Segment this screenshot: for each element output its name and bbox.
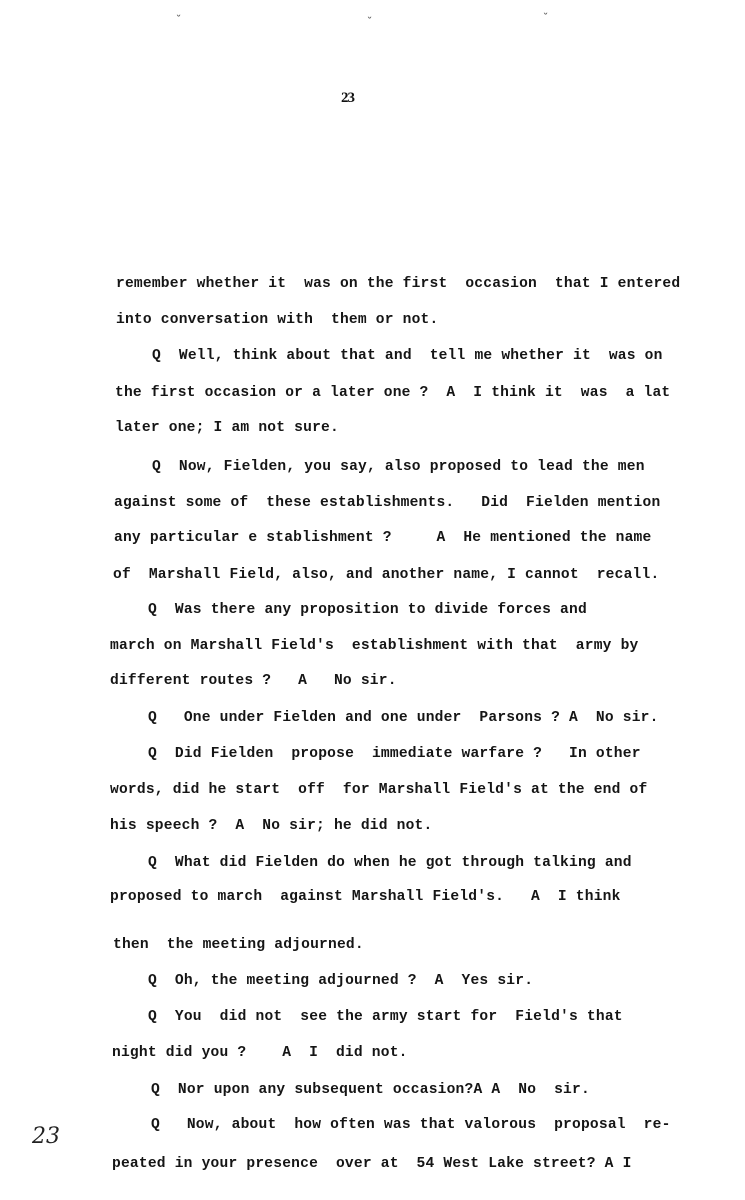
transcript-line: Q Well, think about that and tell me whe…: [152, 348, 663, 364]
transcript-line: against some of these establishments. Di…: [114, 495, 660, 511]
transcript-line: different routes ? A No sir.: [110, 673, 397, 689]
transcript-line: night did you ? A I did not.: [112, 1045, 408, 1061]
transcript-line: Q Nor upon any subsequent occasion?A A N…: [151, 1082, 590, 1098]
transcript-line: Q Was there any proposition to divide fo…: [148, 602, 587, 618]
transcript-line: Q Now, about how often was that valorous…: [151, 1117, 671, 1133]
scan-artifact: ˬ: [366, 6, 373, 20]
transcript-line: any particular e stablishment ? A He men…: [114, 530, 651, 546]
transcript-line: proposed to march against Marshall Field…: [110, 889, 621, 905]
handwritten-margin-note: 23: [32, 1124, 60, 1149]
transcript-line: Q Now, Fielden, you say, also proposed t…: [152, 459, 645, 475]
document-page: ˬ ˬ ˬ 23 remember whether it was on the …: [0, 0, 745, 1200]
transcript-line: his speech ? A No sir; he did not.: [110, 818, 432, 834]
scan-artifact: ˬ: [542, 2, 549, 16]
transcript-line: Q Oh, the meeting adjourned ? A Yes sir.: [148, 973, 533, 989]
transcript-line: peated in your presence over at 54 West …: [112, 1156, 632, 1172]
transcript-line: then the meeting adjourned.: [113, 937, 364, 953]
transcript-line: remember whether it was on the first occ…: [116, 276, 680, 292]
transcript-line: Q You did not see the army start for Fie…: [148, 1009, 623, 1025]
transcript-line: into conversation with them or not.: [116, 312, 438, 328]
page-number: 23: [341, 90, 354, 107]
transcript-line: Q What did Fielden do when he got throug…: [148, 855, 632, 871]
transcript-line: of Marshall Field, also, and another nam…: [113, 567, 659, 583]
transcript-line: words, did he start off for Marshall Fie…: [110, 782, 647, 798]
transcript-line: later one; I am not sure.: [115, 420, 339, 436]
transcript-line: march on Marshall Field's establishment …: [110, 638, 639, 654]
transcript-line: Q Did Fielden propose immediate warfare …: [148, 746, 641, 762]
scan-artifact: ˬ: [175, 4, 182, 18]
transcript-line: the first occasion or a later one ? A I …: [115, 385, 670, 401]
transcript-line: Q One under Fielden and one under Parson…: [148, 710, 659, 726]
